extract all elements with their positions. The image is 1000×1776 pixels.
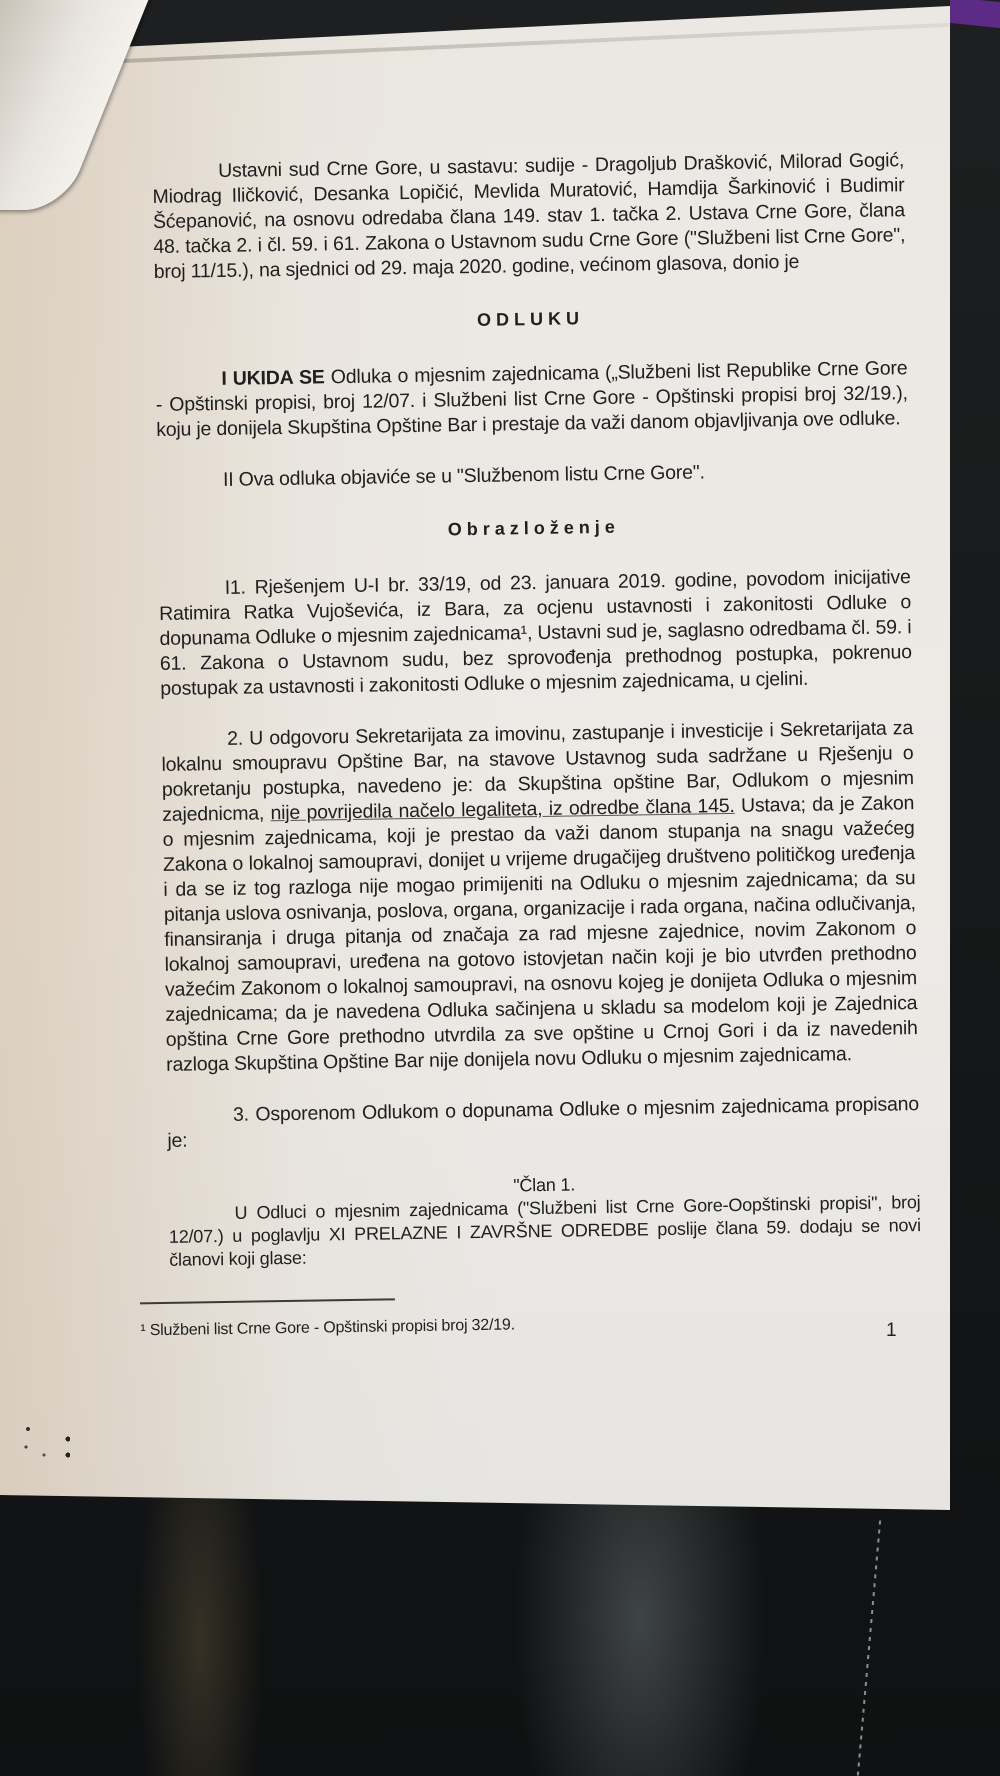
reasoning-heading: Obrazloženje: [158, 510, 910, 547]
punch-hole-specks: [10, 1425, 70, 1465]
decision-item-1-lead: I UKIDA SE: [221, 366, 325, 390]
document-body: Ustavni sud Crne Gore, u sastavu: sudije…: [152, 148, 922, 1343]
reasoning-paragraph-3: 3. Osporenom Odlukom o dopunama Odluke o…: [167, 1092, 920, 1154]
page-number: 1: [886, 1320, 897, 1342]
background-cloth: [950, 0, 1000, 29]
background-seam: [857, 1520, 881, 1775]
reasoning-paragraph-2: 2. U odgovoru Sekretarijata za imovinu, …: [161, 716, 918, 1078]
footnote-divider: [140, 1298, 395, 1304]
underlined-passage: nije povrijedila načelo legaliteta, iz o…: [270, 795, 734, 824]
reasoning-paragraph-1: I1. Rješenjem U-I br. 33/19, od 23. janu…: [159, 565, 913, 702]
article-text: U Odluci o mjesnim zajednicama ("Služben…: [168, 1191, 921, 1272]
intro-paragraph: Ustavni sud Crne Gore, u sastavu: sudije…: [152, 148, 906, 285]
decision-heading: ODLUKU: [154, 301, 906, 338]
decision-item-1: I UKIDA SE Odluka o mjesnim zajednicama …: [155, 356, 908, 443]
